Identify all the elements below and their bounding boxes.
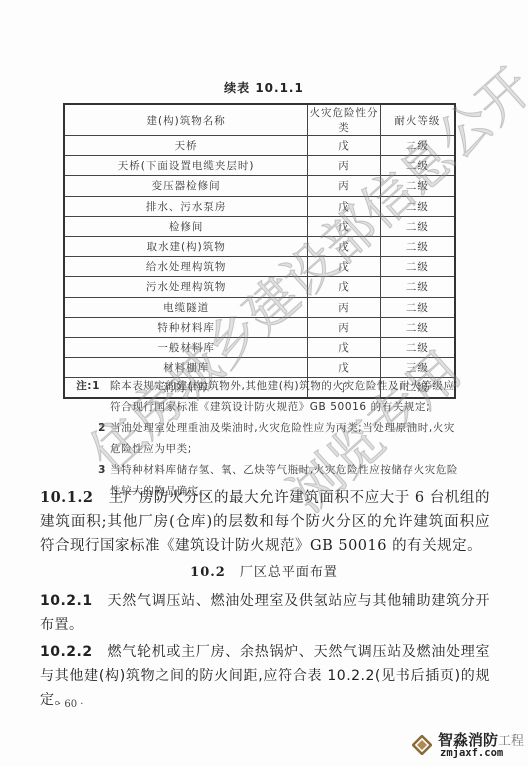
note-item: 注:1 除本表规定的建(构)筑物外,其他建(构)筑物的火灾危险性及耐火等级应符合… [80,376,460,418]
cell-name: 检修间 [64,216,308,236]
clause-number: 10.2.1 [40,593,93,609]
cell-name: 材料棚库 [64,358,308,378]
table-row: 取水建(构)筑物戊二级 [64,236,455,256]
note-number: 2 [80,418,106,439]
header-fire-resistance-grade: 耐火等级 [380,104,455,136]
note-item: 2 当油处理室处理重油及柴油时,火灾危险性应为丙类;当处理原油时,火灾危险性应为… [80,418,460,460]
cell-grade: 二级 [380,196,455,216]
cell-name: 电缆隧道 [64,297,308,317]
logo-mark-icon [412,735,432,755]
cell-class: 丙 [308,176,381,196]
cell-name: 一般材料库 [64,337,308,357]
cell-name: 取水建(构)筑物 [64,236,308,256]
cell-class: 戊 [308,358,381,378]
document-page: 续表 10.1.1 建(构)筑物名称 火灾危险性分类 耐火等级 天桥戊二级 天桥… [0,0,528,766]
cell-name: 给水处理构筑物 [64,257,308,277]
table-notes: 注:1 除本表规定的建(构)筑物外,其他建(构)筑物的火灾危险性及耐火等级应符合… [80,376,460,502]
section-number: 10.2 [190,565,226,580]
site-logo: 智淼消防工程 zmjaxf.com [410,729,528,761]
cell-grade: 二级 [380,317,455,337]
cell-name: 天桥(下面设置电缆夹层时) [64,156,308,176]
table-row: 天桥戊二级 [64,136,455,156]
cell-grade: 二级 [380,236,455,256]
table-row: 天桥(下面设置电缆夹层时)丙二级 [64,156,455,176]
cell-grade: 二级 [380,156,455,176]
note-number: 3 [80,460,106,481]
cell-name: 污水处理构筑物 [64,277,308,297]
header-fire-hazard-class: 火灾危险性分类 [308,104,381,136]
header-building-name: 建(构)筑物名称 [64,104,308,136]
page-number: · 60 · [58,699,83,710]
cell-grade: 二级 [380,216,455,236]
logo-url: zmjaxf.com [440,747,503,759]
cell-grade: 三级 [380,358,455,378]
clause-10-2-1: 10.2.1 天然气调压站、燃油处理室及供氢站应与其他辅助建筑分开布置。 [40,589,490,637]
table-row: 排水、污水泵房戊二级 [64,196,455,216]
cell-grade: 二级 [380,176,455,196]
cell-name: 特种材料库 [64,317,308,337]
section-title: 厂区总平面布置 [240,565,338,580]
cell-grade: 二级 [380,257,455,277]
clause-text: 主厂房防火分区的最大允许建筑面积不应大于 6 台机组的建筑面积;其他厂房(仓库)… [40,490,490,554]
cell-grade: 二级 [380,277,455,297]
table-row: 检修间戊二级 [64,216,455,236]
cell-class: 丙 [308,297,381,317]
cell-class: 丙 [308,317,381,337]
cell-class: 丙 [308,156,381,176]
clause-text: 燃气轮机或主厂房、余热锅炉、天然气调压站及燃油处理室与其他建(构)筑物之间的防火… [40,644,490,708]
table-row: 材料棚库戊三级 [64,358,455,378]
note-text: 除本表规定的建(构)筑物外,其他建(构)筑物的火灾危险性及耐火等级应符合现行国家… [110,380,455,413]
cell-grade: 二级 [380,337,455,357]
table-row: 特种材料库丙二级 [64,317,455,337]
section-heading: 10.2厂区总平面布置 [0,561,528,580]
fire-classification-table: 建(构)筑物名称 火灾危险性分类 耐火等级 天桥戊二级 天桥(下面设置电缆夹层时… [63,103,456,399]
cell-class: 戊 [308,136,381,156]
clause-number: 10.1.2 [40,489,93,506]
cell-class: 戊 [308,236,381,256]
cell-class: 戊 [308,337,381,357]
cell-class: 戊 [308,216,381,236]
table-row: 给水处理构筑物戊二级 [64,257,455,277]
cell-name: 变压器检修间 [64,176,308,196]
cell-class: 戊 [308,257,381,277]
table-title: 续表 10.1.1 [0,79,528,96]
clause-10-1-2: 10.1.2 主厂房防火分区的最大允许建筑面积不应大于 6 台机组的建筑面积;其… [40,486,490,558]
clause-number: 10.2.2 [40,644,93,660]
clause-10-2-2: 10.2.2 燃气轮机或主厂房、余热锅炉、天然气调压站及燃油处理室与其他建(构)… [40,640,490,712]
cell-grade: 二级 [380,297,455,317]
cell-name: 天桥 [64,136,308,156]
table-row: 电缆隧道丙二级 [64,297,455,317]
cell-class: 戊 [308,277,381,297]
cell-grade: 二级 [380,136,455,156]
note-text: 当油处理室处理重油及柴油时,火灾危险性应为丙类;当处理原油时,火灾危险性应为甲类… [110,422,455,455]
table-header-row: 建(构)筑物名称 火灾危险性分类 耐火等级 [64,104,455,136]
note-number: 注:1 [74,376,100,397]
table-row: 一般材料库戊二级 [64,337,455,357]
table-row: 污水处理构筑物戊二级 [64,277,455,297]
table-row: 变压器检修间丙二级 [64,176,455,196]
cell-name: 排水、污水泵房 [64,196,308,216]
cell-class: 戊 [308,196,381,216]
clause-text: 天然气调压站、燃油处理室及供氢站应与其他辅助建筑分开布置。 [40,593,490,633]
